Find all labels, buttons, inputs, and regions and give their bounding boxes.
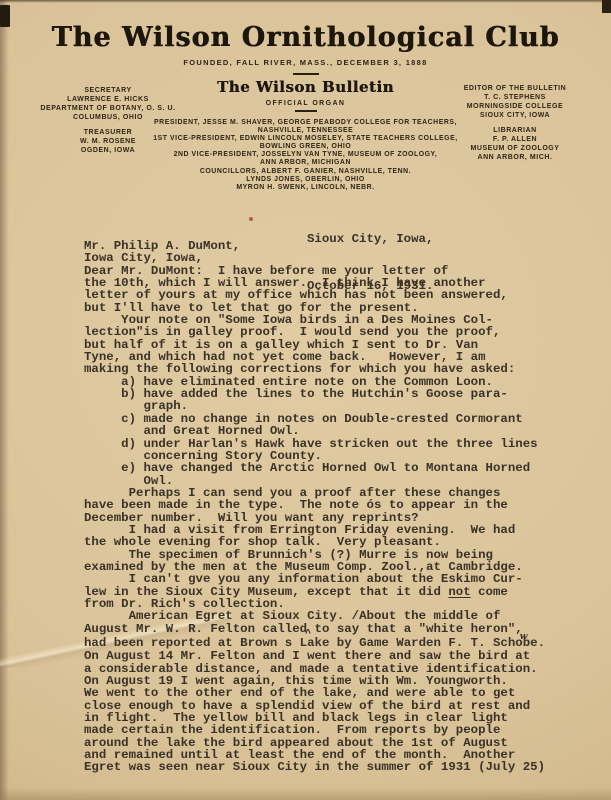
founded-line: FOUNDED, FALL RIVER, MASS., DECEMBER 3, … [0,58,611,67]
letterhead-line: OGDEN, IOWA [28,146,188,155]
left-officer-column: SECRETARYLAWRENCE E. HICKSDEPARTMENT OF … [28,86,188,161]
letterhead-line: T. C. STEPHENS [435,93,595,102]
treasurer-block: TREASURERW. M. ROSENEOGDEN, IOWA [28,128,188,155]
letterhead-line: W. M. ROSENE [28,137,188,146]
letterhead-line: COUNCILLORS, ALBERT F. GANIER, NASHVILLE… [0,168,611,176]
letterhead-line: SECRETARY [28,86,188,95]
secretary-block: SECRETARYLAWRENCE E. HICKSDEPARTMENT OF … [28,86,188,122]
divider-rule-top [293,73,319,75]
letterhead-line: DEPARTMENT OF BOTANY, O. S. U. [28,104,188,113]
letter-body: Mr. Philip A. DuMont, Iowa City, Iowa, D… [84,240,545,774]
editor-block: EDITOR OF THE BULLETINT. C. STEPHENSMORN… [435,84,595,120]
letterhead-line: MYRON H. SWENK, LINCOLN, NEBR. [0,184,611,192]
scan-edge-bottom [0,787,611,800]
letterhead-line: COLUMBUS, OHIO [28,113,188,122]
divider-rule-bottom [295,110,317,112]
letterhead-line: LAWRENCE E. HICKS [28,95,188,104]
right-officer-column: EDITOR OF THE BULLETINT. C. STEPHENSMORN… [435,84,595,168]
letter-scan-page: The Wilson Ornithological Club FOUNDED, … [0,0,611,800]
letterhead-line: SIOUX CITY, IOWA [435,111,595,120]
letterhead-line: EDITOR OF THE BULLETIN [435,84,595,93]
letterhead-line: LIBRARIAN [435,126,595,135]
letterhead-line: MORNINGSIDE COLLEGE [435,102,595,111]
letterhead-line: TREASURER [28,128,188,137]
club-title: The Wilson Ornithological Club [0,22,611,53]
letterhead-line: ANN ARBOR, MICH. [435,153,595,162]
letterhead-line: LYNDS JONES, OBERLIN, OHIO [0,176,611,184]
ink-spot [249,217,253,221]
letterhead-line: F. P. ALLEN [435,135,595,144]
letterhead-line: MUSEUM OF ZOOLOGY [435,144,595,153]
librarian-block: LIBRARIANF. P. ALLENMUSEUM OF ZOOLOGYANN… [435,126,595,162]
